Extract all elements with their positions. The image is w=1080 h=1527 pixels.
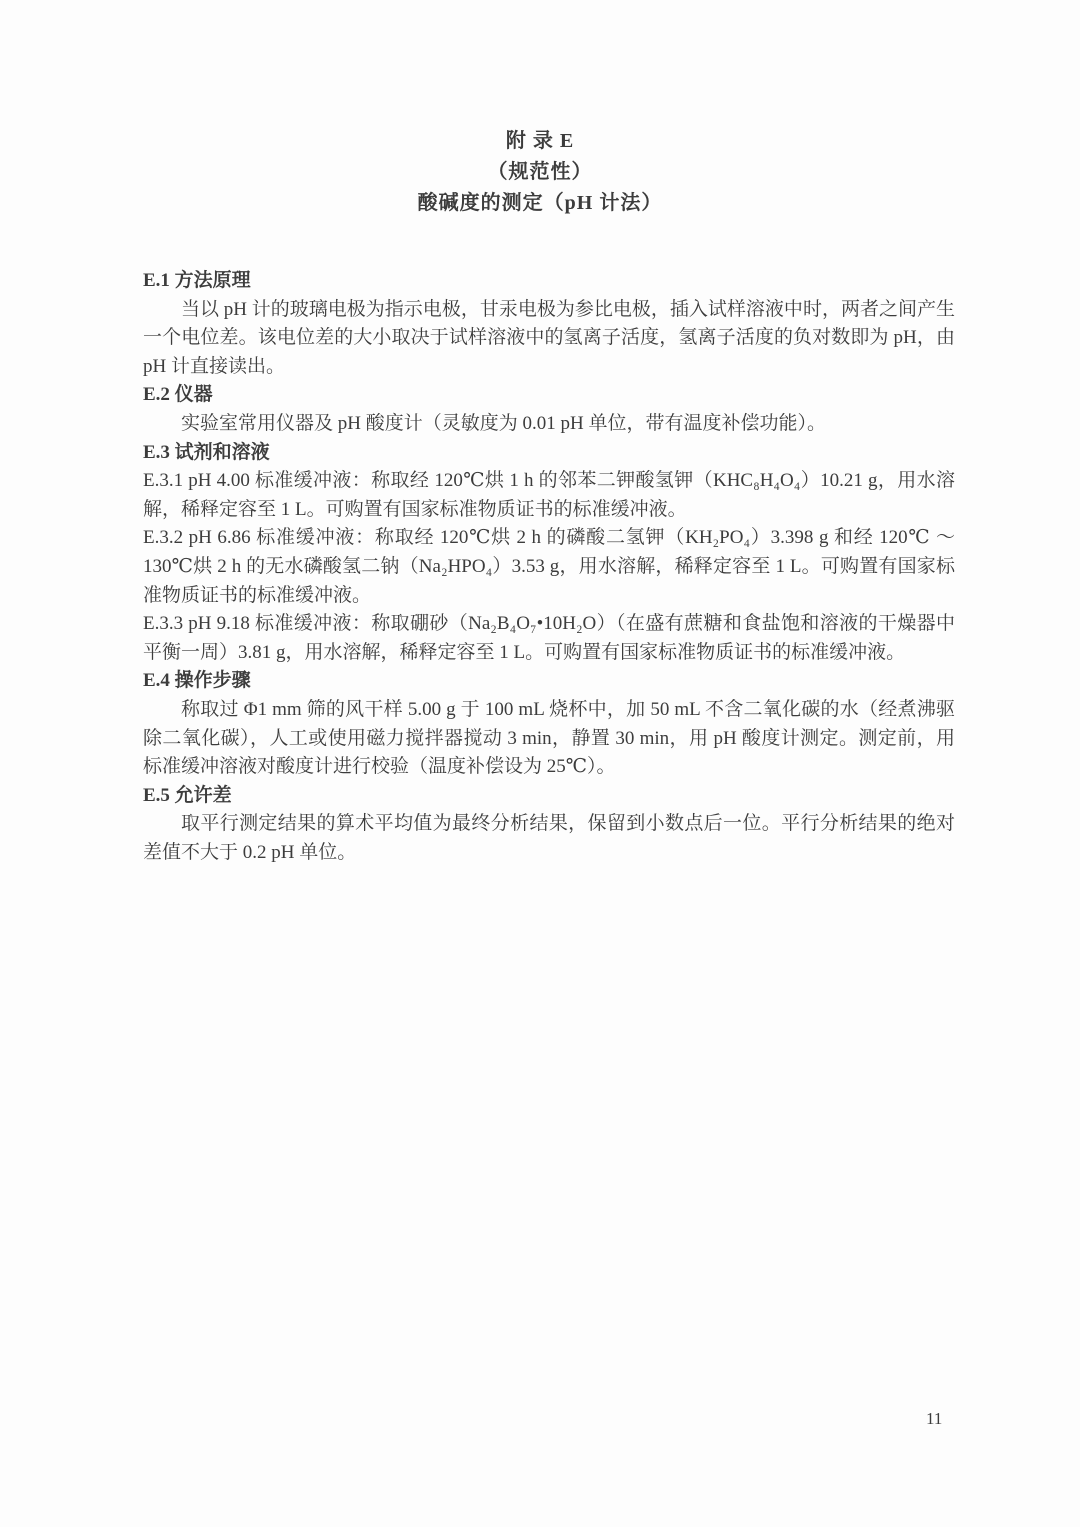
document-body: E.1 方法原理 当以 pH 计的玻璃电极为指示电极，甘汞电极为参比电极，插入试…	[143, 267, 955, 867]
appendix-title-line2: （规范性）	[0, 157, 1080, 188]
paragraph-e3-2: E.3.2 pH 6.86 标准缓冲液：称取经 120℃烘 2 h 的磷酸二氢钾…	[143, 524, 955, 610]
appendix-title: 附 录 E （规范性） 酸碱度的测定（pH 计法）	[0, 126, 1080, 219]
document-page: 附 录 E （规范性） 酸碱度的测定（pH 计法） E.1 方法原理 当以 pH…	[0, 0, 1080, 1527]
paragraph-e2-body: 实验室常用仪器及 pH 酸度计（灵敏度为 0.01 pH 单位，带有温度补偿功能…	[143, 410, 955, 439]
page-number: 11	[926, 1409, 942, 1429]
section-heading-e4: E.4 操作步骤	[143, 667, 955, 696]
appendix-title-line3: 酸碱度的测定（pH 计法）	[0, 188, 1080, 219]
paragraph-e4-body: 称取过 Φ1 mm 筛的风干样 5.00 g 于 100 mL 烧杯中，加 50…	[143, 696, 955, 782]
paragraph-e3-3: E.3.3 pH 9.18 标准缓冲液：称取硼砂（Na₂B₄O₇•10H₂O）（…	[143, 610, 955, 667]
section-heading-e3: E.3 试剂和溶液	[143, 439, 955, 468]
section-heading-e1: E.1 方法原理	[143, 267, 955, 296]
section-heading-e5: E.5 允许差	[143, 782, 955, 811]
paragraph-e1-body: 当以 pH 计的玻璃电极为指示电极，甘汞电极为参比电极，插入试样溶液中时，两者之…	[143, 296, 955, 382]
section-heading-e2: E.2 仪器	[143, 381, 955, 410]
appendix-title-line1: 附 录 E	[0, 126, 1080, 157]
paragraph-e3-1: E.3.1 pH 4.00 标准缓冲液：称取经 120℃烘 1 h 的邻苯二钾酸…	[143, 467, 955, 524]
paragraph-e5-body: 取平行测定结果的算术平均值为最终分析结果，保留到小数点后一位。平行分析结果的绝对…	[143, 810, 955, 867]
